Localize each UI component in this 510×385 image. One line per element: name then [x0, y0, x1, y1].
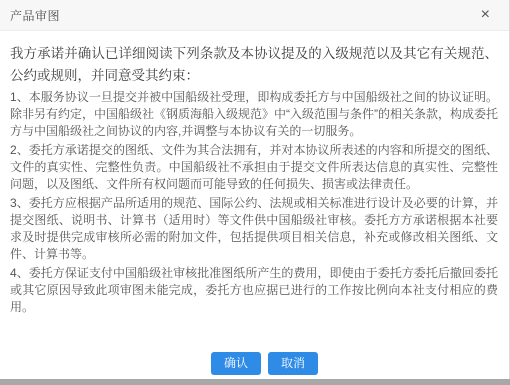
agreement-clause-4: 4、委托方保证支付中国船级社审核批准图纸所产生的费用，即使由于委托方委托后撤回委… — [10, 265, 498, 316]
dialog-footer: 确认 取消 — [0, 352, 509, 375]
agreement-intro-text: 我方承诺并确认已详细阅读下列条款及本协议提及的入级规范以及其它有关规范、公约或规… — [10, 43, 498, 87]
agreement-clause-2: 2、委托方承诺提交的图纸、文件为其合法拥有，并对本协议所表述的内容和所提交的图纸… — [10, 142, 498, 193]
cancel-button[interactable]: 取消 — [268, 352, 318, 375]
agreement-clause-1: 1、本服务协议一旦提交并被中国船级社受理，即构成委托方与中国船级社之间的协议证明… — [10, 89, 498, 140]
close-icon[interactable]: × — [473, 7, 498, 23]
dialog-title: 产品审图 — [10, 7, 60, 24]
confirm-button[interactable]: 确认 — [211, 352, 261, 375]
dialog-header: 产品审图 × — [0, 0, 509, 31]
agreement-clause-3: 3、委托方应根据产品所适用的规范、国际公约、法规或相关标准进行设计及必要的计算，… — [10, 195, 498, 263]
screen: 产品审图 × 我方承诺并确认已详细阅读下列条款及本协议提及的入级规范以及其它有关… — [0, 0, 510, 385]
product-review-dialog: 产品审图 × 我方承诺并确认已详细阅读下列条款及本协议提及的入级规范以及其它有关… — [0, 0, 510, 379]
agreement-body: 我方承诺并确认已详细阅读下列条款及本协议提及的入级规范以及其它有关规范、公约或规… — [0, 31, 509, 316]
bottom-edge-strip — [0, 379, 510, 385]
